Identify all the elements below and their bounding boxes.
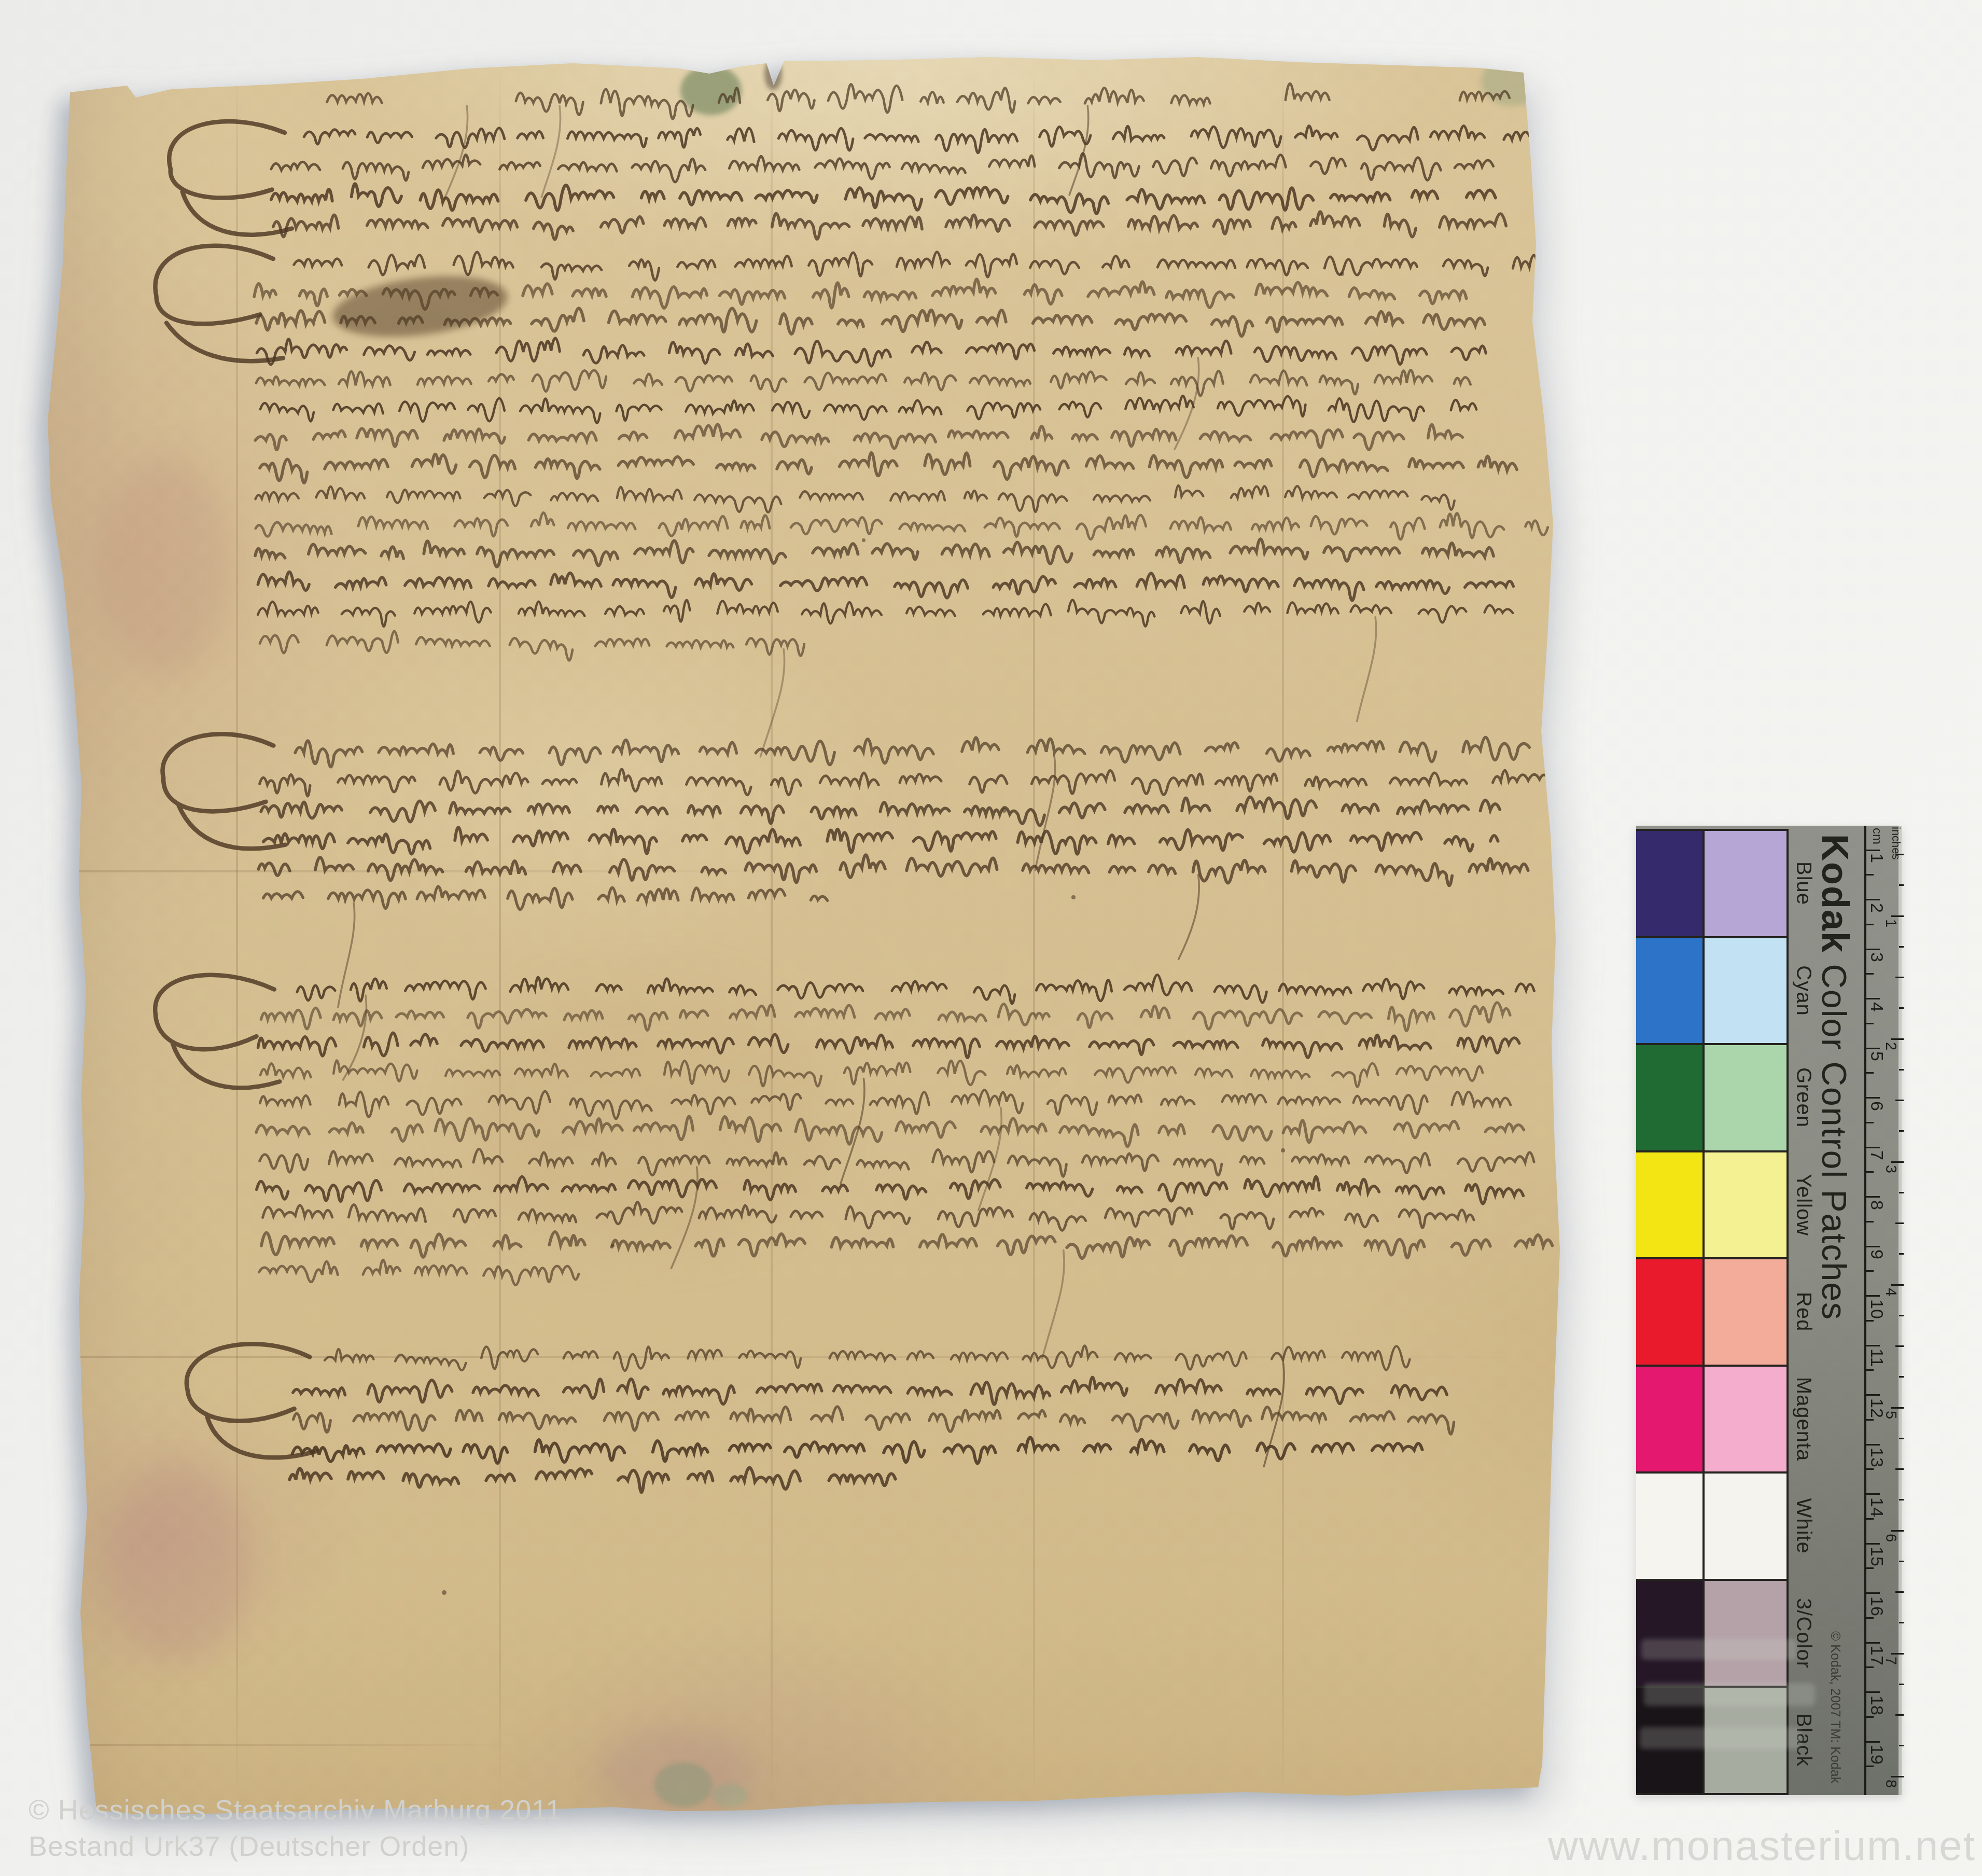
- inch-half-tick: [1895, 1468, 1904, 1470]
- inch-quarter-tick: [1899, 1192, 1904, 1193]
- inch-quarter-tick: [1899, 1007, 1904, 1009]
- cm-tick: [1866, 1147, 1880, 1148]
- cm-half-tick: [1866, 1320, 1874, 1322]
- card-title-rest: Color Control Patches: [1815, 953, 1853, 1321]
- inch-tick: [1891, 1284, 1904, 1286]
- inch-half-tick: [1895, 977, 1904, 978]
- patch-tint-cyan: [1705, 938, 1786, 1044]
- inch-tick: [1891, 1653, 1904, 1655]
- cm-tick: [1866, 1691, 1880, 1693]
- archive-watermark: © Hessisches Staatsarchiv Marburg 2011 B…: [29, 1792, 562, 1865]
- cm-tick: [1866, 1246, 1880, 1247]
- inch-half-tick: [1895, 1591, 1904, 1593]
- inch-tick: [1891, 1407, 1904, 1409]
- ruler-number-cm: 11: [1866, 1349, 1887, 1367]
- cm-half-tick: [1866, 874, 1874, 876]
- patch-tint-white: [1705, 1474, 1786, 1579]
- ruler-number-inch: 5: [1882, 1411, 1899, 1419]
- ruler-number-inch: 1: [1882, 919, 1899, 927]
- inch-tick: [1891, 1038, 1904, 1040]
- card-title: Kodak Color Control Patches: [1813, 834, 1856, 1321]
- patch-tint-green: [1705, 1045, 1786, 1150]
- ruler-number-inch: 2: [1882, 1042, 1899, 1050]
- cm-half-tick: [1866, 1716, 1874, 1718]
- cm-tick: [1866, 1295, 1880, 1297]
- ghost-stamp-row: [1640, 1727, 1800, 1749]
- ruler-number-cm: 10: [1866, 1299, 1887, 1319]
- archive-watermark-line1: © Hessisches Staatsarchiv Marburg 2011: [29, 1792, 562, 1828]
- patch-solid-cyan: [1636, 938, 1702, 1044]
- patch-label: Yellow: [1792, 1152, 1815, 1257]
- ghost-stamp-row: [1641, 1639, 1797, 1660]
- patch-label: Cyan: [1792, 938, 1815, 1043]
- patch-solid-magenta: [1636, 1367, 1702, 1472]
- cm-half-tick: [1866, 1270, 1874, 1272]
- cm-tick: [1866, 1444, 1880, 1446]
- patch-tint-blue: [1705, 831, 1786, 936]
- cm-half-tick: [1866, 1122, 1874, 1123]
- ruler-number-inch: 8: [1882, 1780, 1899, 1788]
- patch-tint-red: [1705, 1259, 1786, 1365]
- inch-quarter-tick: [1899, 1622, 1904, 1623]
- inch-quarter-tick: [1899, 1069, 1904, 1071]
- archive-watermark-line2: Bestand Urk37 (Deutscher Orden): [29, 1828, 562, 1865]
- patch-label: 3/Color: [1792, 1581, 1815, 1686]
- inch-quarter-tick: [1899, 1499, 1904, 1500]
- ruler-number-cm: 4: [1866, 1002, 1887, 1012]
- patch-label: White: [1792, 1474, 1815, 1578]
- cm-tick: [1866, 1493, 1880, 1495]
- cm-half-tick: [1866, 1666, 1874, 1668]
- ruler-number-cm: 3: [1866, 952, 1887, 962]
- portal-watermark: www.monasterium.net: [1548, 1822, 1976, 1870]
- ruler-number-cm: 9: [1866, 1249, 1887, 1259]
- cm-tick: [1866, 1592, 1880, 1594]
- inch-quarter-tick: [1899, 1130, 1904, 1132]
- inch-quarter-tick: [1899, 1684, 1904, 1685]
- ruler-number-cm: 15: [1866, 1547, 1887, 1566]
- cm-half-tick: [1866, 1369, 1874, 1371]
- cm-half-tick: [1866, 1221, 1874, 1222]
- ruler-cm-label: cm: [1869, 828, 1884, 844]
- inch-half-tick: [1895, 854, 1904, 855]
- cm-half-tick: [1866, 1468, 1874, 1470]
- card-copyright: © Kodak, 2007 TM: Kodak: [1827, 1631, 1843, 1783]
- cm-half-tick: [1866, 924, 1874, 925]
- ghost-stamp-row: [1644, 1683, 1815, 1706]
- cm-half-tick: [1866, 1518, 1874, 1520]
- ruler-number-cm: 1: [1866, 853, 1887, 863]
- cm-tick: [1866, 1196, 1880, 1198]
- patch-tint-3-color: [1705, 1581, 1786, 1686]
- patch-solid-green: [1636, 1045, 1702, 1150]
- patch-solid-blue: [1636, 831, 1702, 936]
- cm-tick: [1866, 949, 1880, 950]
- ruler-number-cm: 19: [1866, 1745, 1887, 1764]
- cm-tick: [1866, 850, 1880, 851]
- inch-half-tick: [1895, 1714, 1904, 1716]
- ruler-number-cm: 6: [1866, 1101, 1887, 1111]
- cm-half-tick: [1866, 973, 1874, 975]
- ruler-number-cm: 13: [1866, 1448, 1887, 1467]
- inch-tick: [1891, 1776, 1904, 1777]
- ruler-number-inch: 7: [1882, 1657, 1899, 1665]
- inch-tick: [1891, 1530, 1904, 1532]
- cm-tick: [1866, 1345, 1880, 1346]
- ruler-number-cm: 2: [1866, 903, 1887, 913]
- inch-tick: [1891, 1161, 1904, 1163]
- cm-half-tick: [1866, 1072, 1874, 1074]
- patch-label: Red: [1792, 1259, 1815, 1364]
- cm-half-tick: [1866, 1617, 1874, 1619]
- inch-quarter-tick: [1899, 1315, 1904, 1316]
- ruler-number-inch: 6: [1882, 1534, 1899, 1542]
- cm-tick: [1866, 1741, 1880, 1743]
- inch-quarter-tick: [1899, 1745, 1904, 1746]
- patch-label: Green: [1792, 1045, 1815, 1150]
- inch-quarter-tick: [1899, 884, 1904, 886]
- patch-solid-3-color: [1636, 1581, 1702, 1686]
- cm-tick: [1866, 1097, 1880, 1099]
- ruler-number-cm: 7: [1866, 1150, 1887, 1160]
- patch-solid-white: [1636, 1474, 1702, 1579]
- inch-quarter-tick: [1899, 1561, 1904, 1562]
- patch-solid-red: [1636, 1259, 1702, 1365]
- cm-tick: [1866, 998, 1880, 999]
- archival-photo-canvas: Kodak Color Control Patches © Kodak, 200…: [0, 0, 1982, 1876]
- cm-tick: [1866, 1048, 1880, 1049]
- ruler-number-cm: 5: [1866, 1051, 1887, 1061]
- cm-tick: [1866, 1543, 1880, 1545]
- ruler-number-cm: 16: [1866, 1596, 1887, 1616]
- inch-quarter-tick: [1899, 1376, 1904, 1378]
- patch-solid-yellow: [1636, 1152, 1702, 1258]
- cm-half-tick: [1866, 1766, 1874, 1767]
- inch-quarter-tick: [1899, 1438, 1904, 1439]
- ruler-number-cm: 18: [1866, 1696, 1887, 1715]
- patch-label: Magenta: [1792, 1367, 1815, 1471]
- inch-tick: [1891, 915, 1904, 917]
- cm-half-tick: [1866, 1023, 1874, 1024]
- cm-half-tick: [1866, 1567, 1874, 1569]
- cm-tick: [1866, 899, 1880, 900]
- inch-quarter-tick: [1899, 946, 1904, 948]
- cm-half-tick: [1866, 1419, 1874, 1421]
- cm-tick: [1866, 1394, 1880, 1396]
- inch-half-tick: [1895, 1100, 1904, 1101]
- inch-quarter-tick: [1899, 1253, 1904, 1255]
- card-brand: Kodak: [1814, 834, 1855, 953]
- ruler-number-inch: 4: [1882, 1288, 1899, 1296]
- ruler-number-cm: 14: [1866, 1497, 1887, 1517]
- patch-tint-magenta: [1705, 1367, 1786, 1472]
- patch-label: Blue: [1792, 831, 1815, 936]
- inch-half-tick: [1895, 1345, 1904, 1347]
- patch-tint-yellow: [1705, 1152, 1786, 1258]
- card-ruler: cm inches 123456789101112131415161718191…: [1864, 826, 1904, 1795]
- inch-half-tick: [1895, 1222, 1904, 1224]
- ruler-number-inch: 3: [1882, 1165, 1899, 1173]
- cm-half-tick: [1866, 1171, 1874, 1173]
- cm-tick: [1866, 1642, 1880, 1644]
- ruler-number-cm: 8: [1866, 1200, 1887, 1210]
